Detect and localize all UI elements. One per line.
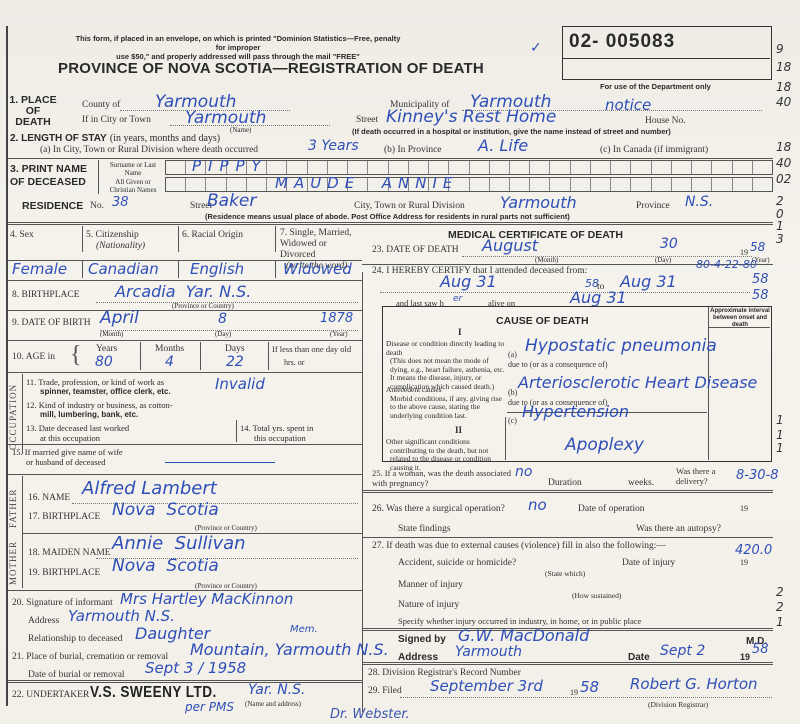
- q11-examples: spinner, teamster, office clerk, etc.: [26, 387, 171, 397]
- cause-b-label: (b): [508, 388, 517, 397]
- q13-text: 13. Date deceased last worked: [26, 423, 129, 433]
- age-days-label: Days: [225, 344, 245, 354]
- q15-sub: or husband of deceased: [12, 457, 123, 467]
- registration-number: 02- 005083: [569, 31, 675, 53]
- given-names-label: All Given or Christian Names: [102, 178, 164, 194]
- margin-number: 1: [776, 615, 784, 629]
- margin-number: 18: [776, 140, 791, 154]
- racial-origin-label: 6. Racial Origin: [182, 230, 243, 240]
- street-label: Street: [356, 115, 378, 125]
- stay-province-value: A. Life: [478, 136, 528, 155]
- delivery-label: Was there a delivery?: [676, 466, 736, 486]
- residence-no-label: No.: [90, 201, 104, 211]
- cause-c-label: (c): [508, 416, 517, 425]
- attended-to-value: Aug 31: [620, 272, 677, 291]
- antecedent-note: Morbid conditions, if any, giving rise t…: [386, 395, 506, 421]
- external-causes-label: 27. If death was due to external causes …: [372, 541, 666, 551]
- divider: [22, 476, 23, 588]
- marital-status-value: Widowed: [283, 260, 352, 278]
- cause-of-death-title: CAUSE OF DEATH: [496, 315, 589, 327]
- undertaker-label: 22. UNDERTAKER: [12, 690, 89, 700]
- notice-annotation: notice: [605, 96, 651, 114]
- registrar-signature: Robert G. Horton: [630, 675, 758, 693]
- death-day-sub: (Day): [655, 256, 671, 264]
- q14-label: 14. Total yrs. spent in this occupation: [240, 423, 313, 443]
- part1-title: Disease or condition directly leading to…: [386, 340, 506, 357]
- divider: [362, 490, 773, 493]
- month-sub: (Month): [100, 330, 123, 338]
- box-divider: [563, 58, 770, 59]
- interval-label: Approximate interval between onset and d…: [710, 308, 770, 329]
- q15-label: 15. If married give name of wife or husb…: [12, 447, 123, 467]
- divider: [8, 372, 362, 373]
- mail-notice: This form, if placed in an envelope, on …: [73, 34, 403, 61]
- q14-text: 14. Total yrs. spent in: [240, 423, 313, 433]
- margin-number: 40: [776, 156, 791, 170]
- filed-year-prefix: 19: [570, 688, 578, 697]
- dept-use-label: For use of the Department only: [600, 82, 711, 91]
- cause-a-label: (a): [508, 350, 517, 359]
- registration-number-box: 02- 005083: [562, 26, 772, 80]
- sex-value: Female: [12, 260, 67, 278]
- surgery-value: no: [528, 496, 547, 514]
- length-of-stay-sub: (in years, months and days): [110, 133, 220, 144]
- attended-from-value: Aug 31: [440, 272, 497, 291]
- part1-label: I: [458, 327, 462, 337]
- mother-side-label: MOTHER: [8, 535, 18, 585]
- marital-label-text: 7. Single, Married, Widowed or Divorced: [280, 228, 362, 261]
- dob-label: 9. DATE OF BIRTH: [12, 318, 91, 328]
- residence-no-value: 38: [112, 195, 129, 210]
- margin-number: 2: [776, 600, 784, 614]
- dob-month-value: April: [100, 308, 139, 328]
- delivery-annotation: 8-30-8: [736, 468, 778, 483]
- length-of-stay-title: 2. LENGTH OF STAY: [10, 133, 107, 144]
- margin-number: 3: [776, 232, 784, 246]
- margin-number: 2: [776, 194, 784, 208]
- spouse-dash: [165, 462, 275, 463]
- divider: [8, 310, 362, 311]
- less-than-day-label: If less than one day old: [272, 344, 351, 354]
- residence-note: (Residence means usual place of abode. P…: [205, 212, 570, 221]
- check-mark: ✓: [530, 40, 542, 56]
- divider: [275, 260, 276, 278]
- q12-label: 12. Kind of industry or business, as cot…: [26, 400, 173, 420]
- filed-year-value: 58: [580, 678, 599, 696]
- operation-year-prefix: 19: [740, 504, 748, 513]
- divider: [22, 374, 23, 454]
- given-names-value: MAUDE ANNIE: [275, 174, 458, 192]
- street-value: Kinney's Rest Home: [386, 107, 556, 127]
- left-border: [6, 26, 8, 706]
- residence-province-value: N.S.: [685, 194, 713, 210]
- house-no-label: House No.: [645, 116, 686, 126]
- registrar-sub: (Division Registrar): [648, 700, 708, 709]
- margin-number: 1: [776, 441, 784, 455]
- mail-notice-line1: This form, if placed in an envelope, on …: [73, 34, 403, 52]
- part1-description: Disease or condition directly leading to…: [386, 340, 506, 391]
- divider: [8, 474, 362, 475]
- mother-birthplace-label: 19. BIRTHPLACE: [28, 568, 100, 578]
- line: [462, 256, 752, 257]
- operation-date-label: Date of operation: [578, 504, 644, 514]
- divider: [178, 226, 179, 252]
- due-to-label: due to (or as a consequence of): [508, 360, 608, 369]
- informant-address-label: Address: [28, 616, 59, 626]
- day-sub: (Day): [215, 330, 231, 338]
- autopsy-label: Was there an autopsy?: [636, 524, 721, 534]
- cause-b-value: Arteriosclerotic Heart Disease: [518, 373, 757, 392]
- citizenship-value: Canadian: [88, 260, 159, 278]
- undertaker-address: Yar. N.S.: [248, 682, 305, 698]
- residence-city-value: Yarmouth: [500, 193, 577, 212]
- divider: [236, 420, 237, 442]
- q12-text: 12. Kind of industry or business, as cot…: [26, 400, 173, 410]
- father-birthplace-sub: (Province or Country): [195, 524, 257, 532]
- cause-c-value: Hypertension: [522, 402, 629, 421]
- surgery-label: 26. Was there a surgical operation?: [372, 504, 505, 514]
- birthplace-sub: (Province or Country): [172, 302, 234, 310]
- stay-canada-label: (c) In Canada (if immigrant): [600, 145, 708, 155]
- undertaker-sub: (Name and address): [245, 700, 301, 708]
- mother-name-value: Annie Sullivan: [112, 533, 246, 554]
- relationship-label: Relationship to deceased: [28, 634, 122, 644]
- signed-year-prefix: 19: [740, 652, 750, 662]
- divider: [362, 537, 773, 538]
- residence-city-label: City, Town or Rural Division: [354, 201, 465, 211]
- death-month-value: August: [482, 236, 538, 255]
- burial-date-label: Date of burial or removal: [28, 670, 125, 680]
- hrs-label: hrs. or: [284, 358, 304, 367]
- undertaker-annotation: per PMS: [185, 700, 234, 714]
- death-year-value: 58: [750, 240, 765, 254]
- pregnancy-value: no: [515, 464, 532, 480]
- divider: [8, 158, 773, 159]
- certify-annotation: 80-4-22-80: [696, 258, 757, 271]
- informant-signature: Mrs Hartley MacKinnon: [120, 590, 293, 608]
- street-note: (If death occurred in a hospital or inst…: [352, 127, 671, 136]
- alive-on-year: 58: [752, 288, 769, 303]
- filed-label: 29. Filed: [368, 686, 402, 696]
- other-conditions-value: Apoplexy: [565, 435, 644, 455]
- place-of-death-label-text: 1. PLACE OF DEATH: [9, 94, 56, 128]
- surname-value: PIPPY: [192, 157, 268, 175]
- citizenship-label-text: 5. Citizenship: [86, 230, 145, 241]
- mother-birthplace-value: Nova Scotia: [112, 556, 219, 576]
- father-birthplace-label: 17. BIRTHPLACE: [28, 512, 100, 522]
- burial-date-value: Sept 3 / 1958: [145, 659, 246, 677]
- q15-text: 15. If married give name of wife: [12, 447, 123, 457]
- injury-year-prefix: 19: [740, 558, 748, 567]
- margin-number: 1: [776, 413, 784, 427]
- weeks-label: weeks.: [628, 478, 654, 488]
- racial-origin-value: English: [190, 260, 244, 278]
- divider: [82, 260, 83, 278]
- father-name-value: Alfred Lambert: [82, 478, 217, 499]
- part2-label: II: [455, 425, 462, 435]
- divider: [200, 342, 201, 370]
- signed-year-value: 58: [752, 642, 769, 657]
- divider: [8, 340, 362, 341]
- injury-location-label: Specify whether injury occurred in indus…: [398, 616, 641, 626]
- q11-label: 11. Trade, profession, or kind of work a…: [26, 377, 171, 397]
- burial-place-value: Mountain, Yarmouth N.S.: [190, 640, 389, 659]
- divider: [268, 342, 269, 370]
- pregnancy-label: 25. If a woman, was the death associated…: [372, 468, 522, 488]
- informant-address-value: Yarmouth N.S.: [68, 607, 175, 625]
- physician-address-value: Yarmouth: [455, 644, 522, 660]
- margin-number: 40: [776, 95, 791, 109]
- manner-label: Manner of injury: [398, 580, 463, 590]
- margin-number: 02: [776, 172, 791, 186]
- divider: [140, 342, 141, 370]
- cause-a-value: Hypostatic pneumonia: [525, 336, 717, 356]
- given-names-grid: [165, 177, 773, 192]
- q12-examples: mill, lumbering, bank, etc.: [26, 410, 173, 420]
- occupation-value: Invalid: [215, 375, 265, 393]
- death-day-value: 30: [660, 236, 678, 252]
- form-title: PROVINCE OF NOVA SCOTIA—REGISTRATION OF …: [58, 60, 484, 77]
- birthplace-label: 8. BIRTHPLACE: [12, 290, 80, 300]
- margin-number: 9: [776, 42, 784, 56]
- birthplace-value: Arcadia Yar. N.S.: [115, 282, 251, 301]
- divider: [98, 160, 99, 194]
- margin-number: 1: [776, 219, 784, 233]
- father-side-label: FATHER: [8, 480, 18, 528]
- filed-date-value: September 3rd: [430, 677, 543, 695]
- dob-year-value: 1878: [320, 311, 353, 326]
- signed-by-label: Signed by: [398, 634, 446, 645]
- divider: [8, 222, 773, 225]
- occupation-side-label: OCCUPATION: [8, 378, 18, 450]
- age-label: 10. AGE in: [12, 352, 55, 362]
- sex-label: 4. Sex: [10, 230, 34, 240]
- divider: [8, 280, 362, 281]
- mother-name-label: 18. MAIDEN NAME: [28, 548, 111, 558]
- injury-date-label: Date of injury: [622, 558, 675, 568]
- signed-date-value: Sept 2: [660, 643, 705, 659]
- residence-province-label: Province: [636, 201, 670, 211]
- citizenship-label: 5. Citizenship (Nationality): [86, 230, 145, 252]
- alive-on-value: Aug 31: [570, 288, 627, 307]
- divider: [362, 662, 773, 665]
- year-sub: (Year): [330, 330, 348, 338]
- divider: [8, 680, 362, 683]
- attended-to-year: 58: [752, 272, 769, 287]
- age-months-value: 4: [165, 354, 174, 370]
- margin-number: 2: [776, 585, 784, 599]
- margin-number: 1: [776, 428, 784, 442]
- father-name-label: 16. NAME: [28, 493, 70, 503]
- surname-label: Surname or Last Name: [102, 161, 164, 177]
- death-month-sub: (Month): [535, 256, 558, 264]
- age-months-label: Months: [155, 344, 184, 354]
- date-of-death-label: 23. DATE OF DEATH: [372, 245, 459, 255]
- print-name-label: 3. PRINT NAME OF DECEASED: [10, 163, 100, 189]
- state-which-sub: (State which): [545, 569, 585, 578]
- line: [380, 292, 750, 293]
- line: [400, 697, 772, 698]
- margin-number: 18: [776, 60, 791, 74]
- q13-sub: at this occupation: [26, 433, 129, 443]
- residence-street-value: Baker: [207, 191, 256, 211]
- doctor-note: Dr. Webster.: [330, 707, 410, 722]
- divider: [275, 226, 276, 252]
- age-days-value: 22: [226, 354, 244, 370]
- antecedent-description: Antecedent causes Morbid conditions, if …: [386, 386, 506, 420]
- duration-label: Duration: [548, 478, 582, 488]
- death-registration-form: This form, if placed in an envelope, on …: [0, 0, 800, 724]
- stay-province-label: (b) In Province: [384, 145, 442, 155]
- city-label: If in City or Town: [82, 115, 151, 125]
- age-years-value: 80: [95, 354, 113, 370]
- mother-birthplace-sub: (Province or Country): [195, 582, 257, 590]
- city-sub: (Name): [230, 126, 251, 134]
- q13-label: 13. Date deceased last worked at this oc…: [26, 423, 129, 443]
- divider: [178, 260, 179, 278]
- residence-label: RESIDENCE: [22, 200, 83, 212]
- citizenship-sub: (Nationality): [86, 241, 145, 252]
- nature-label: Nature of injury: [398, 600, 459, 610]
- part2-description: Other significant conditions contributin…: [386, 438, 506, 472]
- physician-signature: G.W. MacDonald: [458, 626, 589, 645]
- external-causes-annotation: 420.0: [735, 543, 772, 558]
- last-saw-pronoun: er: [453, 294, 462, 304]
- county-label: County of: [82, 100, 120, 110]
- divider: [8, 444, 362, 445]
- age-years-label: Years: [96, 344, 117, 354]
- q14-sub: this occupation: [240, 433, 313, 443]
- place-of-death-label: 1. PLACE OF DEATH: [9, 95, 57, 128]
- divider: [82, 226, 83, 252]
- how-sustained-sub: (How sustained): [572, 591, 621, 600]
- burial-annotation: Mem.: [290, 624, 318, 635]
- city-value: Yarmouth: [185, 108, 266, 128]
- findings-label: State findings: [398, 524, 451, 534]
- stay-city-label: (a) In City, Town or Rural Division wher…: [40, 145, 258, 155]
- stay-city-value: 3 Years: [308, 138, 359, 154]
- father-birthplace-value: Nova Scotia: [112, 500, 219, 520]
- age-brace: {: [70, 342, 82, 369]
- q11-text: 11. Trade, profession, or kind of work a…: [26, 377, 171, 387]
- length-of-stay-label: 2. LENGTH OF STAY (in years, months and …: [10, 133, 220, 144]
- accident-label: Accident, suicide or homicide?: [398, 558, 516, 568]
- dob-day-value: 8: [218, 311, 227, 327]
- margin-number: 18: [776, 80, 791, 94]
